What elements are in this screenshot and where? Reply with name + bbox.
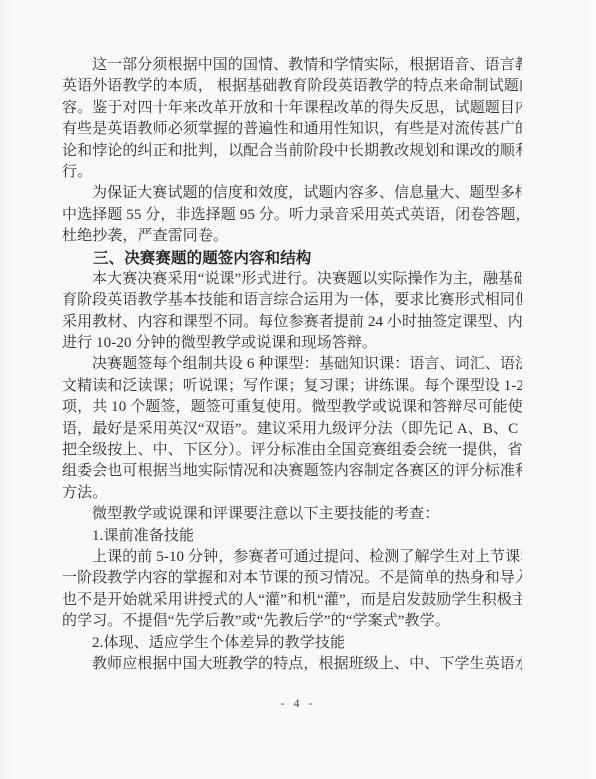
text-line: 一阶段教学内容的掌握和对本节课的预习情况。不是简单的热身和导入， bbox=[62, 568, 522, 589]
text-line: 的学习。不提倡“先学后教”或“先教后学”的“学案式”教学。 bbox=[62, 611, 522, 632]
text-line: 中选择题 55 分，非选择题 95 分。听力录音采用英式英语，闭卷答题，严格 bbox=[62, 205, 522, 226]
document-page: 这一部分须根据中国的国情、教情和学情实际，根据语音、语言教学和英语外语教学的本质… bbox=[0, 0, 596, 779]
text-line: 为保证大赛试题的信度和效度，试题内容多、信息量大、题型多样，其 bbox=[62, 183, 522, 204]
text-line: 有些是英语教师必须掌握的普遍性和通用性知识，有些是对流传甚广的谬 bbox=[62, 119, 522, 140]
text-line: 微型教学或说课和评课要注意以下主要技能的考查： bbox=[62, 504, 522, 525]
text-line: 教师应根据中国大班教学的特点，根据班级上、中、下学生英语水平的 bbox=[62, 654, 522, 675]
text-line: 英语外语教学的本质， 根据基础教育阶段英语教学的特点来命制试题内 bbox=[62, 76, 522, 97]
page-number: - 4 - bbox=[0, 696, 596, 710]
text-line: 论和悖论的纠正和批判，以配合当前阶段中长期教改规划和课改的顺利进 bbox=[62, 141, 522, 162]
text-line: 语，最好是采用英汉“双语”。建议采用九级评分法（即先记 A、B、C 三级，再 bbox=[62, 419, 522, 440]
text-line: 决赛题签每个组制共设 6 种课型：基础知识课：语言、词汇、语法课；课 bbox=[62, 354, 522, 375]
text-line: 组委会也可根据当地实际情况和决赛题签内容制定各赛区的评分标准和 bbox=[62, 461, 522, 482]
text-line: 也不是开始就采用讲授式的人“灌”和机“灌”，而是启发鼓励学生积极主动 bbox=[62, 590, 522, 611]
text-line: 采用教材、内容和课型不同。每位参赛者提前 24 小时抽签定课型、内容，后 bbox=[62, 312, 522, 333]
text-line: 育阶段英语教学基本技能和语言综合运用为一体，要求比赛形式相同但所 bbox=[62, 290, 522, 311]
document-body: 这一部分须根据中国的国情、教情和学情实际，根据语音、语言教学和英语外语教学的本质… bbox=[62, 55, 522, 675]
text-line: 进行 10-20 分钟的微型教学或说课和现场答辩。 bbox=[62, 333, 522, 354]
text-line: 容。鉴于对四十年来改革开放和十年课程改革的得失反思，试题题目内容 bbox=[62, 98, 522, 119]
text-line: 把全级按上、中、下区分）。评分标准由全国竞赛组委会统一提供，省级赛区 bbox=[62, 440, 522, 461]
text-line: 本大赛决赛采用“说课”形式进行。决赛题以实际操作为主，融基础教 bbox=[62, 269, 522, 290]
text-line: 1.课前准备技能 bbox=[62, 526, 522, 547]
text-line: 项，共 10 个题签，题签可重复使用。微型教学或说课和答辩尽可能使用英 bbox=[62, 397, 522, 418]
text-line: 行。 bbox=[62, 162, 522, 183]
text-line: 2.体现、适应学生个体差异的教学技能 bbox=[62, 633, 522, 654]
text-line: 文精读和泛读课；听说课；写作课；复习课；讲练课。每个课型设 1-2 个赛 bbox=[62, 376, 522, 397]
text-line: 杜绝抄袭，严查雷同卷。 bbox=[62, 226, 522, 247]
section-heading: 三、决赛赛题的题签内容和结构 bbox=[62, 248, 522, 269]
text-line: 这一部分须根据中国的国情、教情和学情实际，根据语音、语言教学和 bbox=[62, 55, 522, 76]
text-line: 方法。 bbox=[62, 483, 522, 504]
text-line: 上课的前 5-10 分钟，参赛者可通过提问、检测了解学生对上节课和前 bbox=[62, 547, 522, 568]
